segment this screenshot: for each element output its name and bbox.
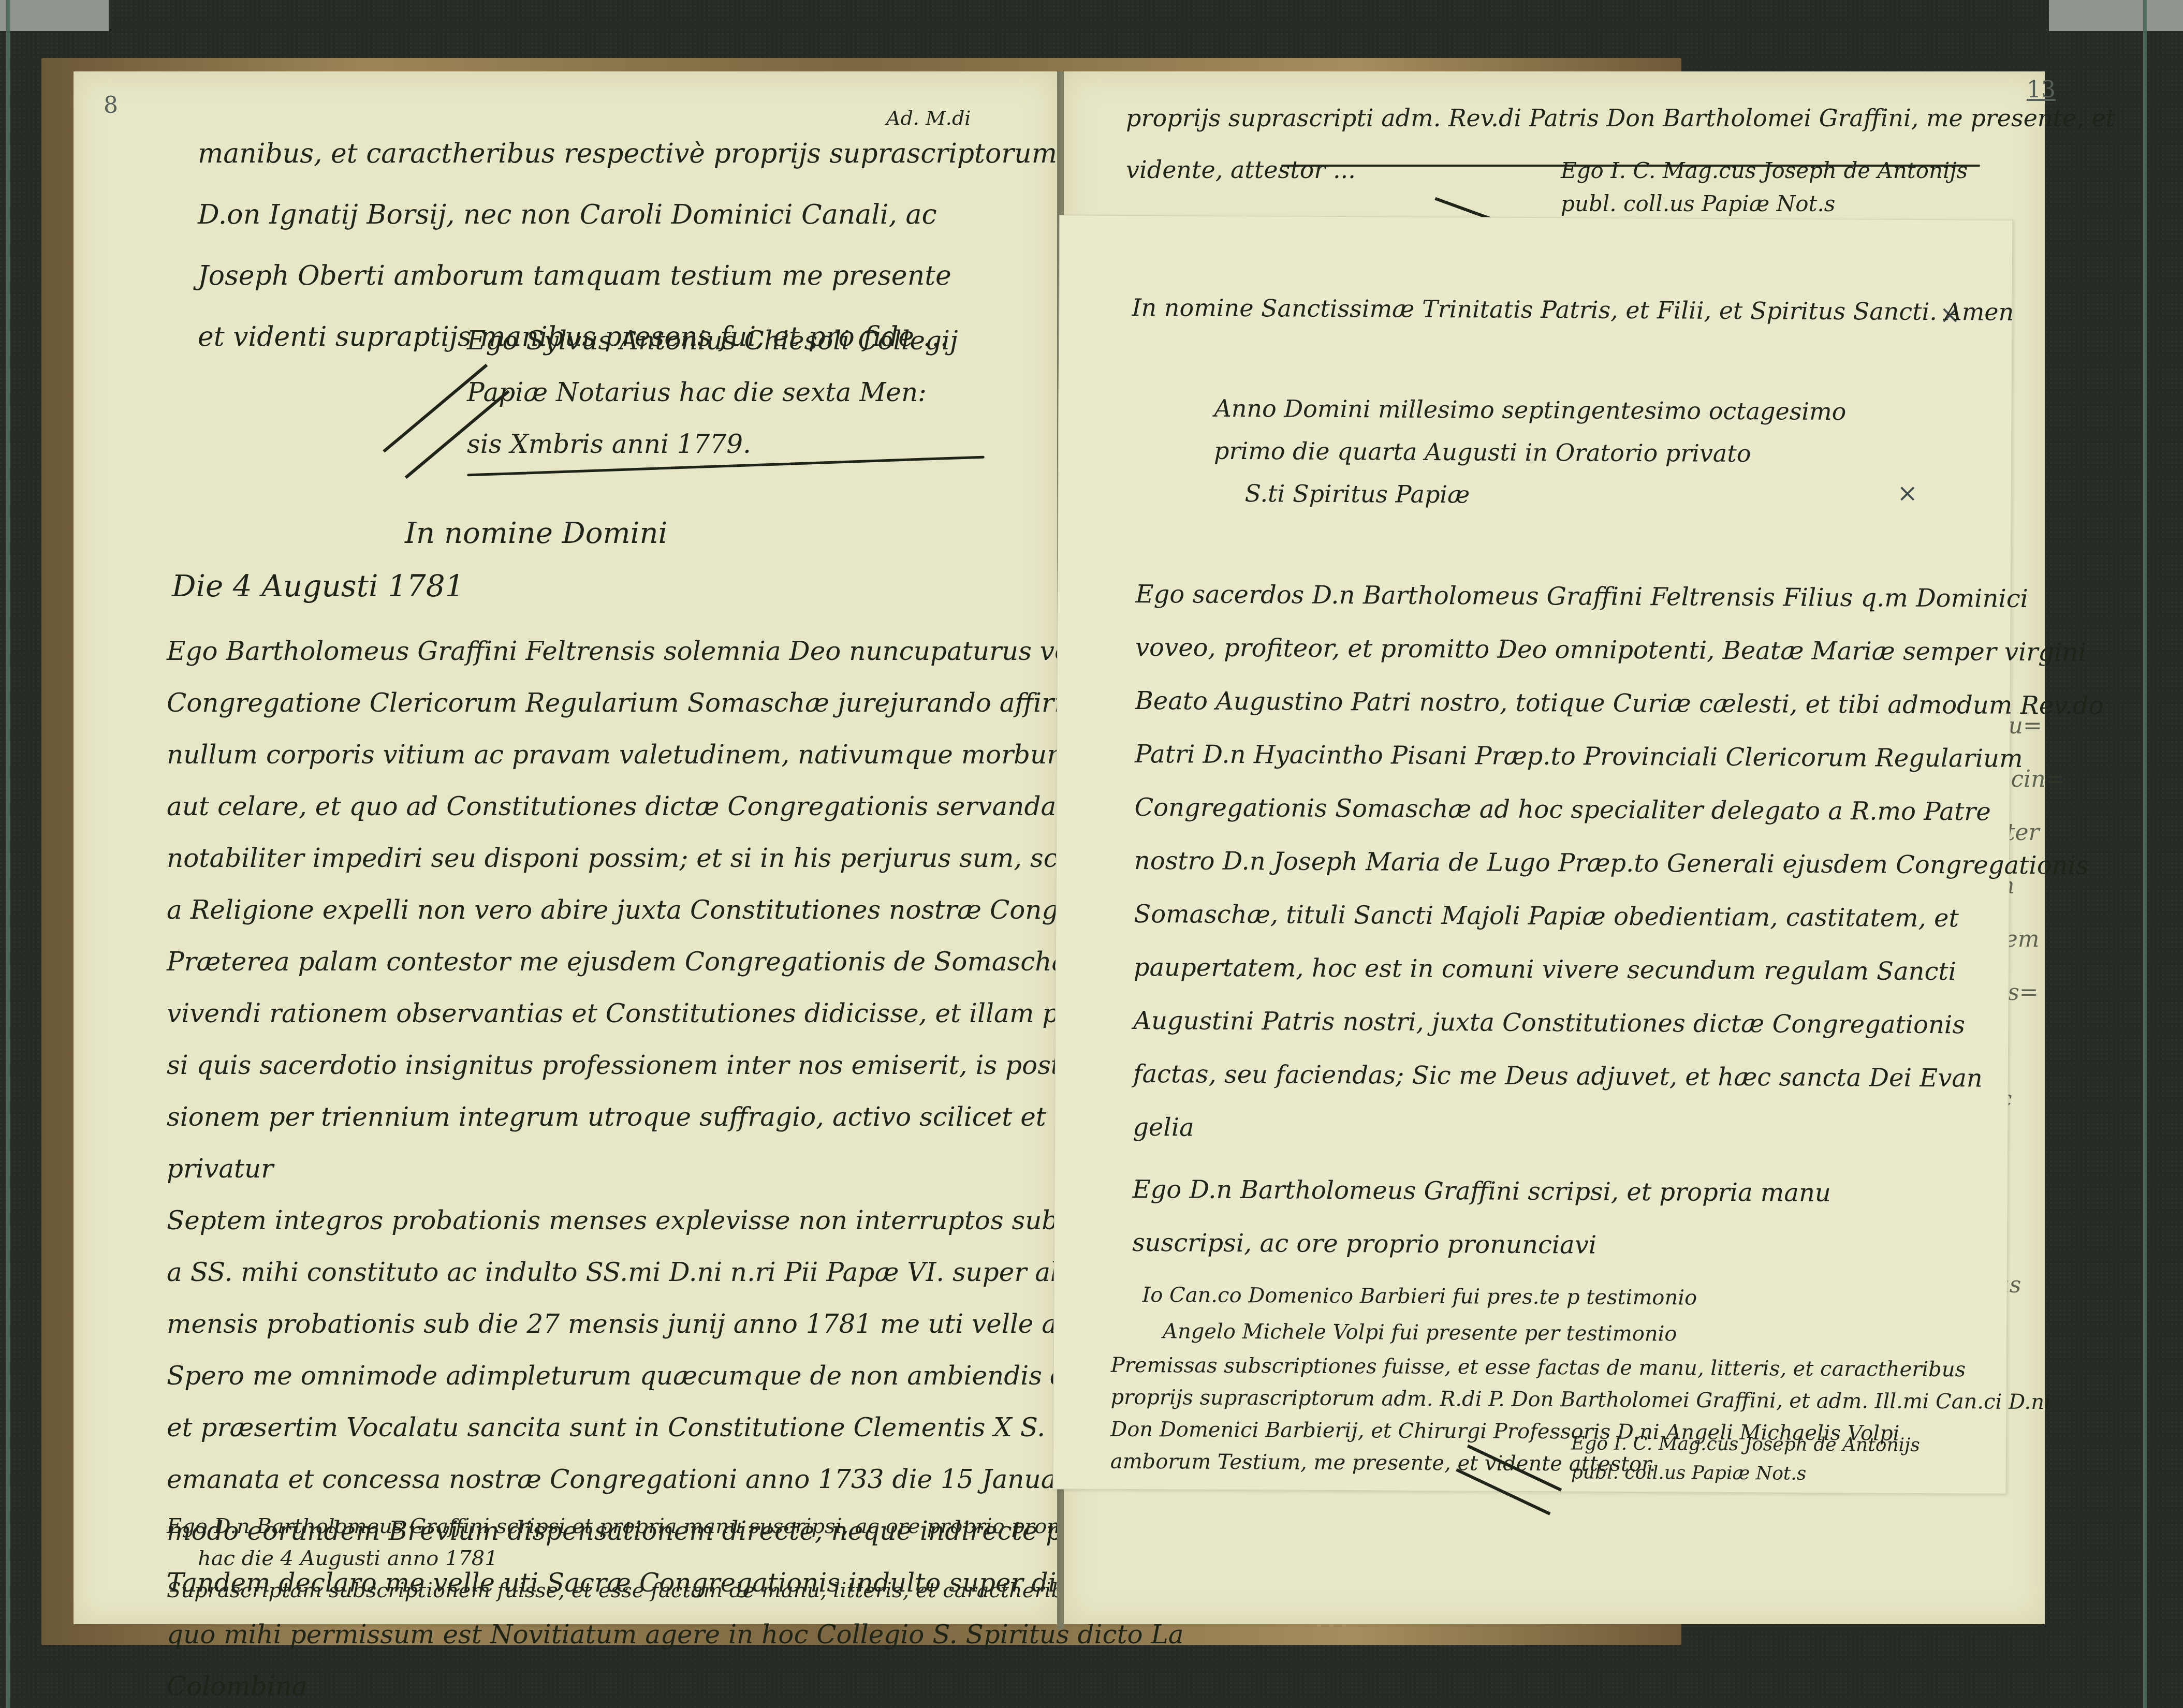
heading: In nomine Domini [405, 517, 667, 550]
witness-line: Io Can.co Domenico Barbieri fui pres.te … [1142, 1277, 1697, 1316]
signature-line: Ego Sylvus Antonius Chiesoli Collegij [467, 315, 958, 366]
signature-line: publ. coll.us Papiæ Not.s [1571, 1458, 1920, 1489]
notary-signature: Ego Sylvus Antonius Chiesoli Collegij Pa… [467, 315, 958, 470]
text-line: manibus, et caractheribus respectivè pro… [198, 123, 1121, 184]
backdrop-light-strip [0, 0, 109, 31]
date-line: Die 4 Augusti 1781 [172, 568, 464, 603]
notary-signature: Ego I. C. Mag.cus Joseph de Antonijs pub… [1571, 1429, 1920, 1489]
text-line: suscripsi, ac ore proprio pronunciavi [1132, 1216, 1831, 1273]
text-line: Beato Augustino Patri nostro, totique Cu… [1135, 674, 2103, 733]
text-line: Patri D.n Hyacintho Pisani Præp.to Provi… [1135, 728, 2103, 786]
text-line: Congregationis Somaschæ ad hoc specialit… [1134, 781, 2103, 840]
text-line: hac die 4 Augusti anno 1781 [167, 1542, 1136, 1574]
text-line: Joseph Oberti amborum tamquam testium me… [198, 245, 1121, 306]
signature-line: publ. coll.us Papiæ Not.s [1561, 187, 1968, 220]
signature-line: Ego I. C. Mag.cus Joseph de Antonijs [1571, 1429, 1920, 1460]
text-line: Ego D.n Bartholomeus Graffini scripsi, e… [1132, 1163, 1831, 1220]
text-line: Anno Domini millesimo septingentesimo oc… [1214, 387, 1846, 433]
notary-signature: Ego I. C. Mag.cus Joseph de Antonijs pub… [1561, 154, 1968, 220]
text-line: Somaschæ, tituli Sancti Majoli Papiæ obe… [1134, 888, 2102, 946]
text-line: paupertatem, hoc est in comuni vivere se… [1134, 941, 2102, 999]
date-heading: Anno Domini millesimo septingentesimo oc… [1213, 387, 1846, 518]
signature-line: Ego I. C. Mag.cus Joseph de Antonijs [1561, 154, 1968, 187]
cross-mark-icon: × [1897, 479, 1918, 508]
text-line: S.ti Spiritus Papiæ [1213, 472, 1845, 518]
text-line: Ego D.n Bartholomeus Graffini scripsi et… [167, 1510, 1136, 1542]
text-line: proprijs suprascriptorum adm. R.di P. Do… [1110, 1381, 2051, 1419]
vow-formula: Ego sacerdos D.n Bartholomeus Graffini F… [1133, 568, 2104, 1159]
text-line: primo die quarta Augusti in Oratorio pri… [1214, 430, 1846, 475]
text-line: factas, seu faciendas; Sic me Deus adjuv… [1133, 1048, 2101, 1106]
glass-edge [6, 0, 10, 1708]
text-line: Colombina [167, 1660, 1342, 1708]
text-line: Premissas subscriptiones fuisse, et esse… [1111, 1349, 2052, 1387]
text-line: proprijs suprascripti adm. Rev.di Patris… [1126, 92, 2115, 144]
invocation: In nomine Sanctissimæ Trinitatis Patris,… [1132, 293, 2014, 326]
text-line: Ego sacerdos D.n Bartholomeus Graffini F… [1135, 568, 2104, 626]
text-line: Suprascriptam subscriptionem fuisse, et … [167, 1574, 1136, 1607]
witness-line: Angelo Michele Volpi fui presente per te… [1142, 1313, 1697, 1352]
text-line: D.on Ignatij Borsij, nec non Caroli Domi… [198, 184, 1121, 245]
closing-subscription: Ego D.n Bartholomeus Graffini scripsi et… [167, 1510, 1136, 1607]
witness-signatures: Io Can.co Domenico Barbieri fui pres.te … [1142, 1277, 1697, 1352]
signature-line: sis Xmbris anni 1779. [467, 418, 958, 470]
text-line: nostro D.n Joseph Maria de Lugo Præp.to … [1134, 834, 2103, 893]
signature-line: Papiæ Notarius hac die sexta Men: [467, 366, 958, 418]
glass-edge [2143, 0, 2147, 1708]
text-line: gelia [1133, 1101, 2101, 1159]
text-line: Augustini Patris nostri, juxta Constitut… [1133, 994, 2102, 1053]
page-number: 8 [104, 92, 118, 119]
left-page: 8 Ad. M.di manibus, et caractheribus res… [74, 71, 1057, 1624]
subscription: Ego D.n Bartholomeus Graffini scripsi, e… [1132, 1163, 1831, 1273]
inserted-profession-sheet: × × In nomine Sanctissimæ Trinitatis Pat… [1053, 215, 2013, 1494]
backdrop-light-strip [2049, 0, 2183, 31]
text-line: voveo, profiteor, et promitto Deo omnipo… [1135, 621, 2104, 680]
